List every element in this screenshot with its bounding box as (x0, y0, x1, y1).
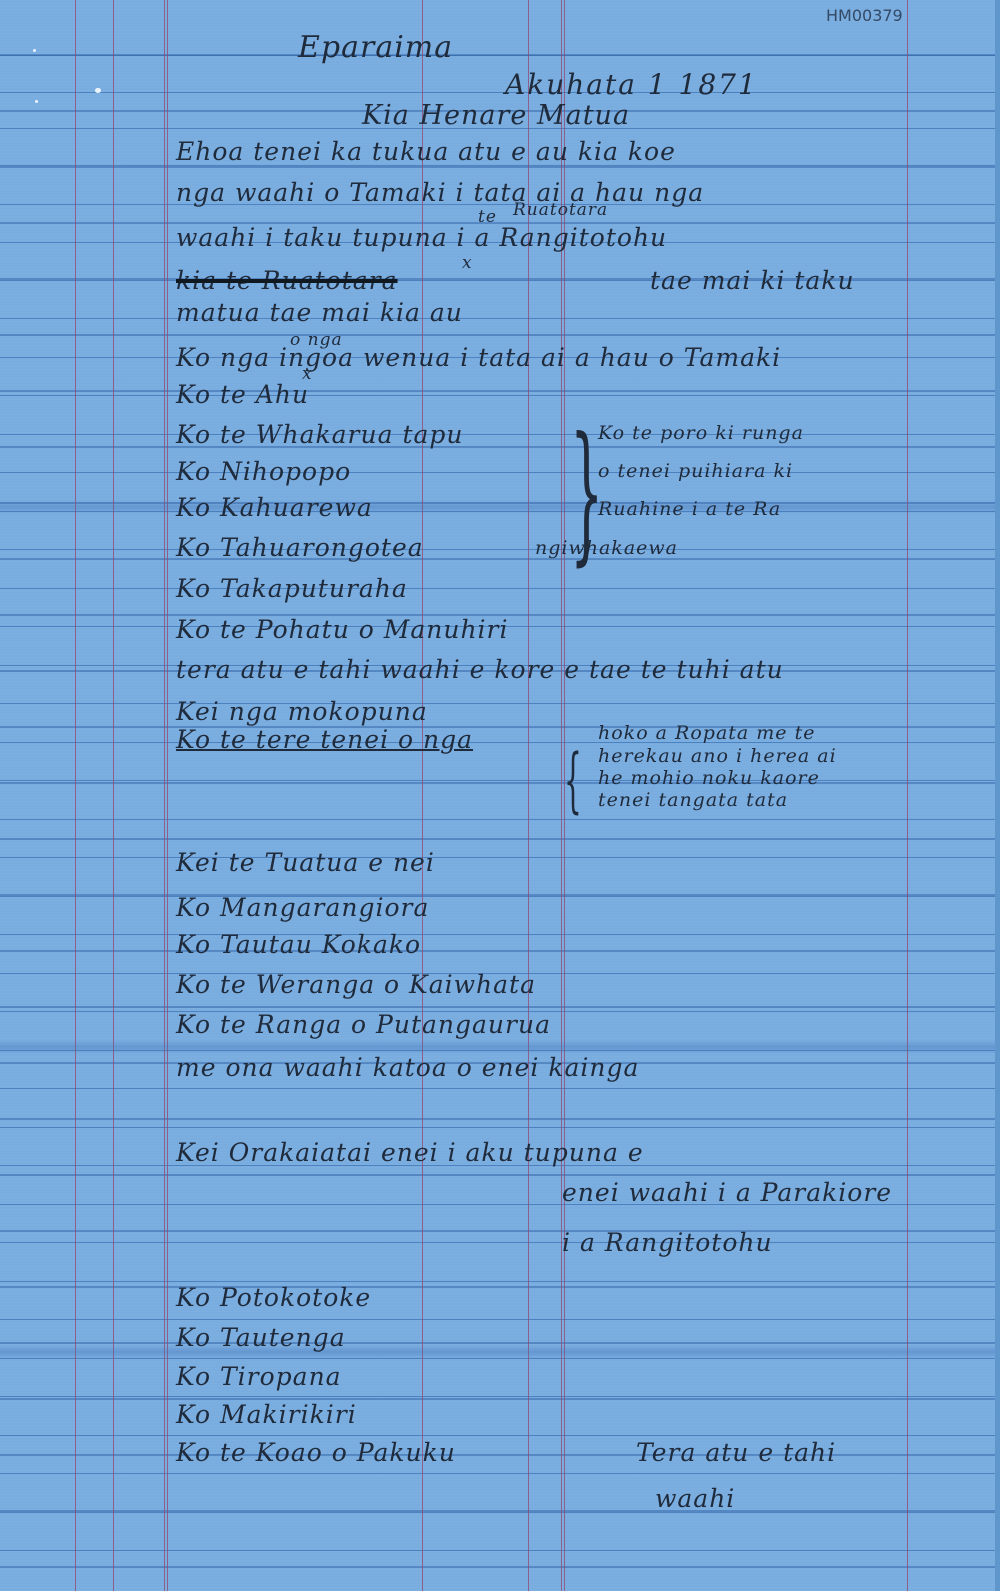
place-name: Ko te Whakarua tapu (176, 420, 464, 449)
place-name: Ko te Ranga o Putangaurua (176, 1010, 551, 1039)
paper-fold (0, 1345, 995, 1359)
place-name: Ko te Ahu (176, 380, 309, 409)
ruled-line (0, 780, 995, 781)
manuscript-page: HM00379 Eparaima Akuhata 1 1871 Kia Hena… (0, 0, 995, 1591)
margin-note-line: Ruahine i a te Ra (598, 498, 781, 520)
body-line: tera atu e tahi waahi e kore e tae te tu… (176, 655, 784, 684)
ruled-line (0, 934, 995, 935)
ruled-line (0, 549, 995, 550)
body-line: Ehoa tenei ka tukua atu e au kia koe (176, 137, 676, 166)
ruled-line (0, 819, 995, 820)
ruled-line (0, 1550, 995, 1551)
body-line: Ko te tere tenei o nga (176, 725, 473, 754)
catalog-id-stamp: HM00379 (826, 6, 903, 25)
place-name: Ko Nihopopo (176, 457, 351, 486)
margin-note-line: he mohio noku kaore (598, 767, 820, 789)
pin-hole (33, 49, 36, 52)
ruled-line (0, 588, 995, 589)
place-name: Ko Mangarangiora (176, 893, 429, 922)
ruled-line (0, 472, 995, 473)
letter-date: Akuhata 1 1871 (505, 68, 758, 101)
ruled-line (0, 1396, 995, 1397)
margin-note-line: o tenei puihiara ki (598, 460, 793, 482)
ruled-line (0, 1435, 995, 1436)
body-line: waahi (655, 1484, 735, 1513)
margin-note-line: herekau ano i herea ai (598, 745, 837, 767)
body-line: Ko nga ingoa wenua i tata ai a hau o Tam… (176, 343, 781, 372)
body-line: nga waahi o Tamaki i tata ai a hau nga (176, 178, 704, 207)
place-name: Ko Kahuarewa (176, 493, 373, 522)
ruled-line (0, 318, 995, 319)
pin-hole (35, 100, 38, 103)
margin-note-line: tenei tangata tata (598, 789, 788, 811)
body-line-with-strike: kia te Ruatotara (176, 266, 398, 295)
paper-fold (0, 500, 995, 514)
body-line: Kei nga mokopuna (176, 697, 428, 726)
letter-salutation: Kia Henare Matua (362, 100, 630, 131)
place-name: Ko te Koao o Pakuku (176, 1438, 456, 1467)
ruled-line (0, 857, 995, 858)
body-line: matua tae mai kia au (176, 298, 463, 327)
ruled-line (0, 703, 995, 704)
ruled-line (0, 395, 995, 396)
place-name: Ko Tiropana (176, 1362, 342, 1391)
brace-mark: { (564, 745, 582, 815)
ruled-line (0, 1242, 995, 1243)
margin-note-line: Ko te poro ki runga (598, 422, 804, 444)
ruled-line (0, 434, 995, 435)
struck-text: kia te Ruatotara (176, 266, 398, 295)
place-name: Ko te Weranga o Kaiwhata (176, 970, 536, 999)
ruled-line (0, 742, 995, 743)
margin-note-line: hoko a Ropata me te (598, 722, 815, 744)
ruled-line (0, 1512, 995, 1513)
ruled-line (0, 55, 995, 56)
body-line: enei waahi i a Parakiore (562, 1178, 892, 1207)
margin-note-line: ngiwhakaewa (535, 537, 678, 559)
insertion-note: Ruatotara (513, 200, 608, 220)
place-name: Ko te Pohatu o Manuhiri (176, 615, 509, 644)
ruled-line (0, 1473, 995, 1474)
place-name: Ko Makirikiri (176, 1400, 357, 1429)
insertion-mark: x (462, 253, 473, 273)
place-name: Ko Potokotoke (176, 1283, 371, 1312)
letter-place: Eparaima (298, 30, 453, 65)
body-line: Tera atu e tahi (636, 1438, 836, 1467)
ruled-line (0, 896, 995, 897)
paper-fold (0, 1040, 995, 1054)
body-line: me ona waahi katoa o enei kainga (176, 1053, 639, 1082)
body-line: Kei Orakaiatai enei i aku tupuna e (176, 1138, 644, 1167)
place-name: Ko Tautenga (176, 1323, 346, 1352)
ruled-line (0, 92, 995, 93)
place-name: Ko Tahuarongotea (176, 533, 424, 562)
body-line: waahi i taku tupuna i a Rangitotohu (176, 223, 667, 252)
place-name: Ko Takaputuraha (176, 574, 408, 603)
body-line: i a Rangitotohu (562, 1228, 773, 1257)
body-line-tail: tae mai ki taku (650, 266, 855, 295)
ruled-line (0, 1319, 995, 1320)
ruled-line (0, 1127, 995, 1128)
pin-hole (95, 88, 101, 93)
place-name: Ko Tautau Kokako (176, 930, 421, 959)
ruled-line (0, 1281, 995, 1282)
section-heading: Kei te Tuatua e nei (176, 848, 435, 877)
ruled-line (0, 1088, 995, 1089)
